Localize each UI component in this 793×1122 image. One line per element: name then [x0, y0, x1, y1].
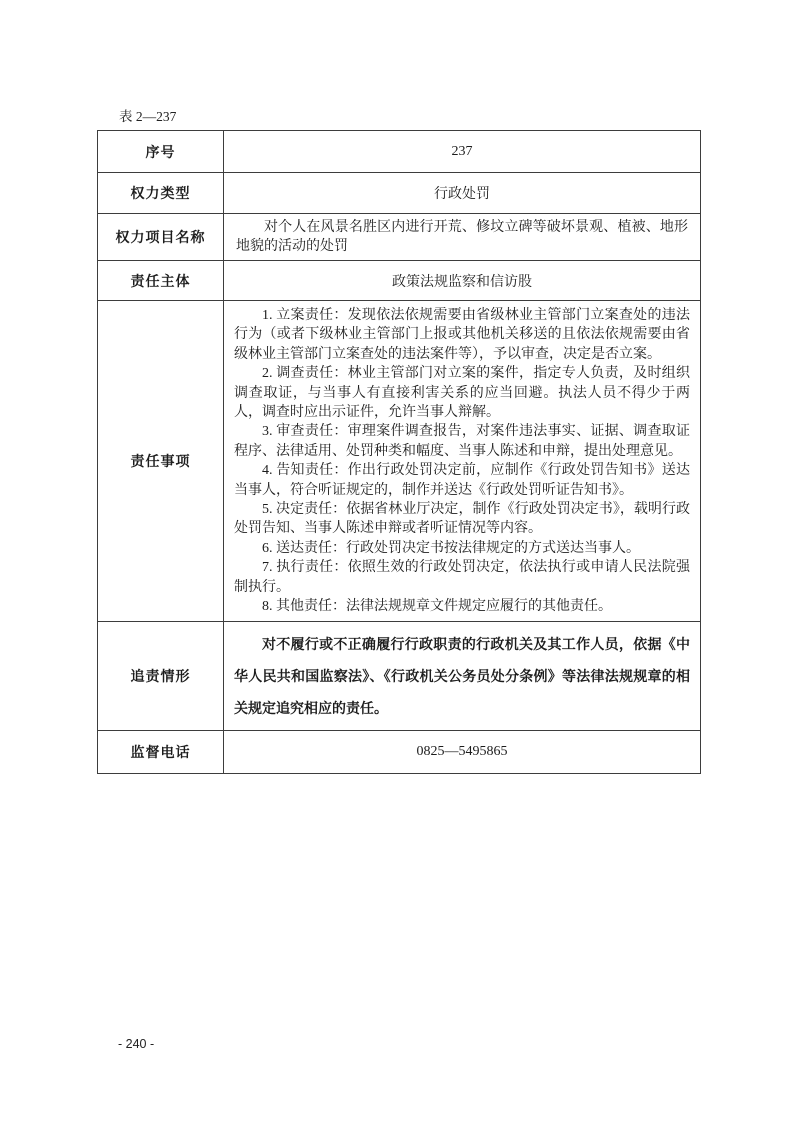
duty-item-3: 3. 审查责任：审理案件调查报告，对案件违法事实、证据、调查取证程序、法律适用、… [234, 422, 690, 461]
supervision-phone-value: 0825—5495865 [224, 730, 701, 773]
table-row-serial: 序号 237 [98, 131, 701, 173]
supervision-phone-label: 监督电话 [98, 730, 224, 773]
page-number: - 240 - [118, 1037, 154, 1051]
power-item-name-value: 对个人在风景名胜区内进行开荒、修坟立碑等破坏景观、植被、地形地貌的活动的处罚 [224, 214, 701, 261]
table-row-duty-items: 责任事项 1. 立案责任：发现依法依规需要由省级林业主管部门立案查处的违法行为（… [98, 301, 701, 622]
accountability-text: 对不履行或不正确履行行政职责的行政机关及其工作人员，依据《中华人民共和国监察法》… [234, 628, 690, 724]
duty-item-4: 4. 告知责任：作出行政处罚决定前，应制作《行政处罚告知书》送达当事人，符合听证… [234, 461, 690, 500]
table-row-responsible-body: 责任主体 政策法规监察和信访股 [98, 261, 701, 301]
accountability-label: 追责情形 [98, 621, 224, 730]
duty-item-6: 6. 送达责任：行政处罚决定书按法律规定的方式送达当事人。 [234, 539, 690, 558]
table-row-accountability: 追责情形 对不履行或不正确履行行政职责的行政机关及其工作人员，依据《中华人民共和… [98, 621, 701, 730]
duty-item-2: 2. 调查责任：林业主管部门对立案的案件，指定专人负责，及时组织调查取证，与当事… [234, 364, 690, 422]
responsible-body-value: 政策法规监察和信访股 [224, 261, 701, 301]
duty-items-label: 责任事项 [98, 301, 224, 622]
duty-item-5: 5. 决定责任：依据省林业厅决定，制作《行政处罚决定书》，载明行政处罚告知、当事… [234, 500, 690, 539]
duty-items-value: 1. 立案责任：发现依法依规需要由省级林业主管部门立案查处的违法行为（或者下级林… [224, 301, 701, 622]
accountability-value: 对不履行或不正确履行行政职责的行政机关及其工作人员，依据《中华人民共和国监察法》… [224, 621, 701, 730]
table-row-power-item-name: 权力项目名称 对个人在风景名胜区内进行开荒、修坟立碑等破坏景观、植被、地形地貌的… [98, 214, 701, 261]
power-type-label: 权力类型 [98, 173, 224, 214]
table-row-supervision-phone: 监督电话 0825—5495865 [98, 730, 701, 773]
duty-item-7: 7. 执行责任：依照生效的行政处罚决定，依法执行或申请人民法院强制执行。 [234, 558, 690, 597]
power-type-value: 行政处罚 [224, 173, 701, 214]
serial-value: 237 [224, 131, 701, 173]
power-item-name-label: 权力项目名称 [98, 214, 224, 261]
table-caption: 表 2—237 [119, 105, 176, 125]
serial-label: 序号 [98, 131, 224, 173]
responsible-body-label: 责任主体 [98, 261, 224, 301]
table-row-power-type: 权力类型 行政处罚 [98, 173, 701, 214]
power-responsibility-table: 序号 237 权力类型 行政处罚 权力项目名称 对个人在风景名胜区内进行开荒、修… [97, 130, 701, 774]
power-item-name-text: 对个人在风景名胜区内进行开荒、修坟立碑等破坏景观、植被、地形地貌的活动的处罚 [236, 218, 688, 256]
duty-item-8: 8. 其他责任：法律法规规章文件规定应履行的其他责任。 [234, 597, 690, 616]
document-page: 表 2—237 序号 237 权力类型 行政处罚 权力项目名称 对个人在风景名胜… [0, 0, 793, 1122]
duty-item-1: 1. 立案责任：发现依法依规需要由省级林业主管部门立案查处的违法行为（或者下级林… [234, 306, 690, 364]
